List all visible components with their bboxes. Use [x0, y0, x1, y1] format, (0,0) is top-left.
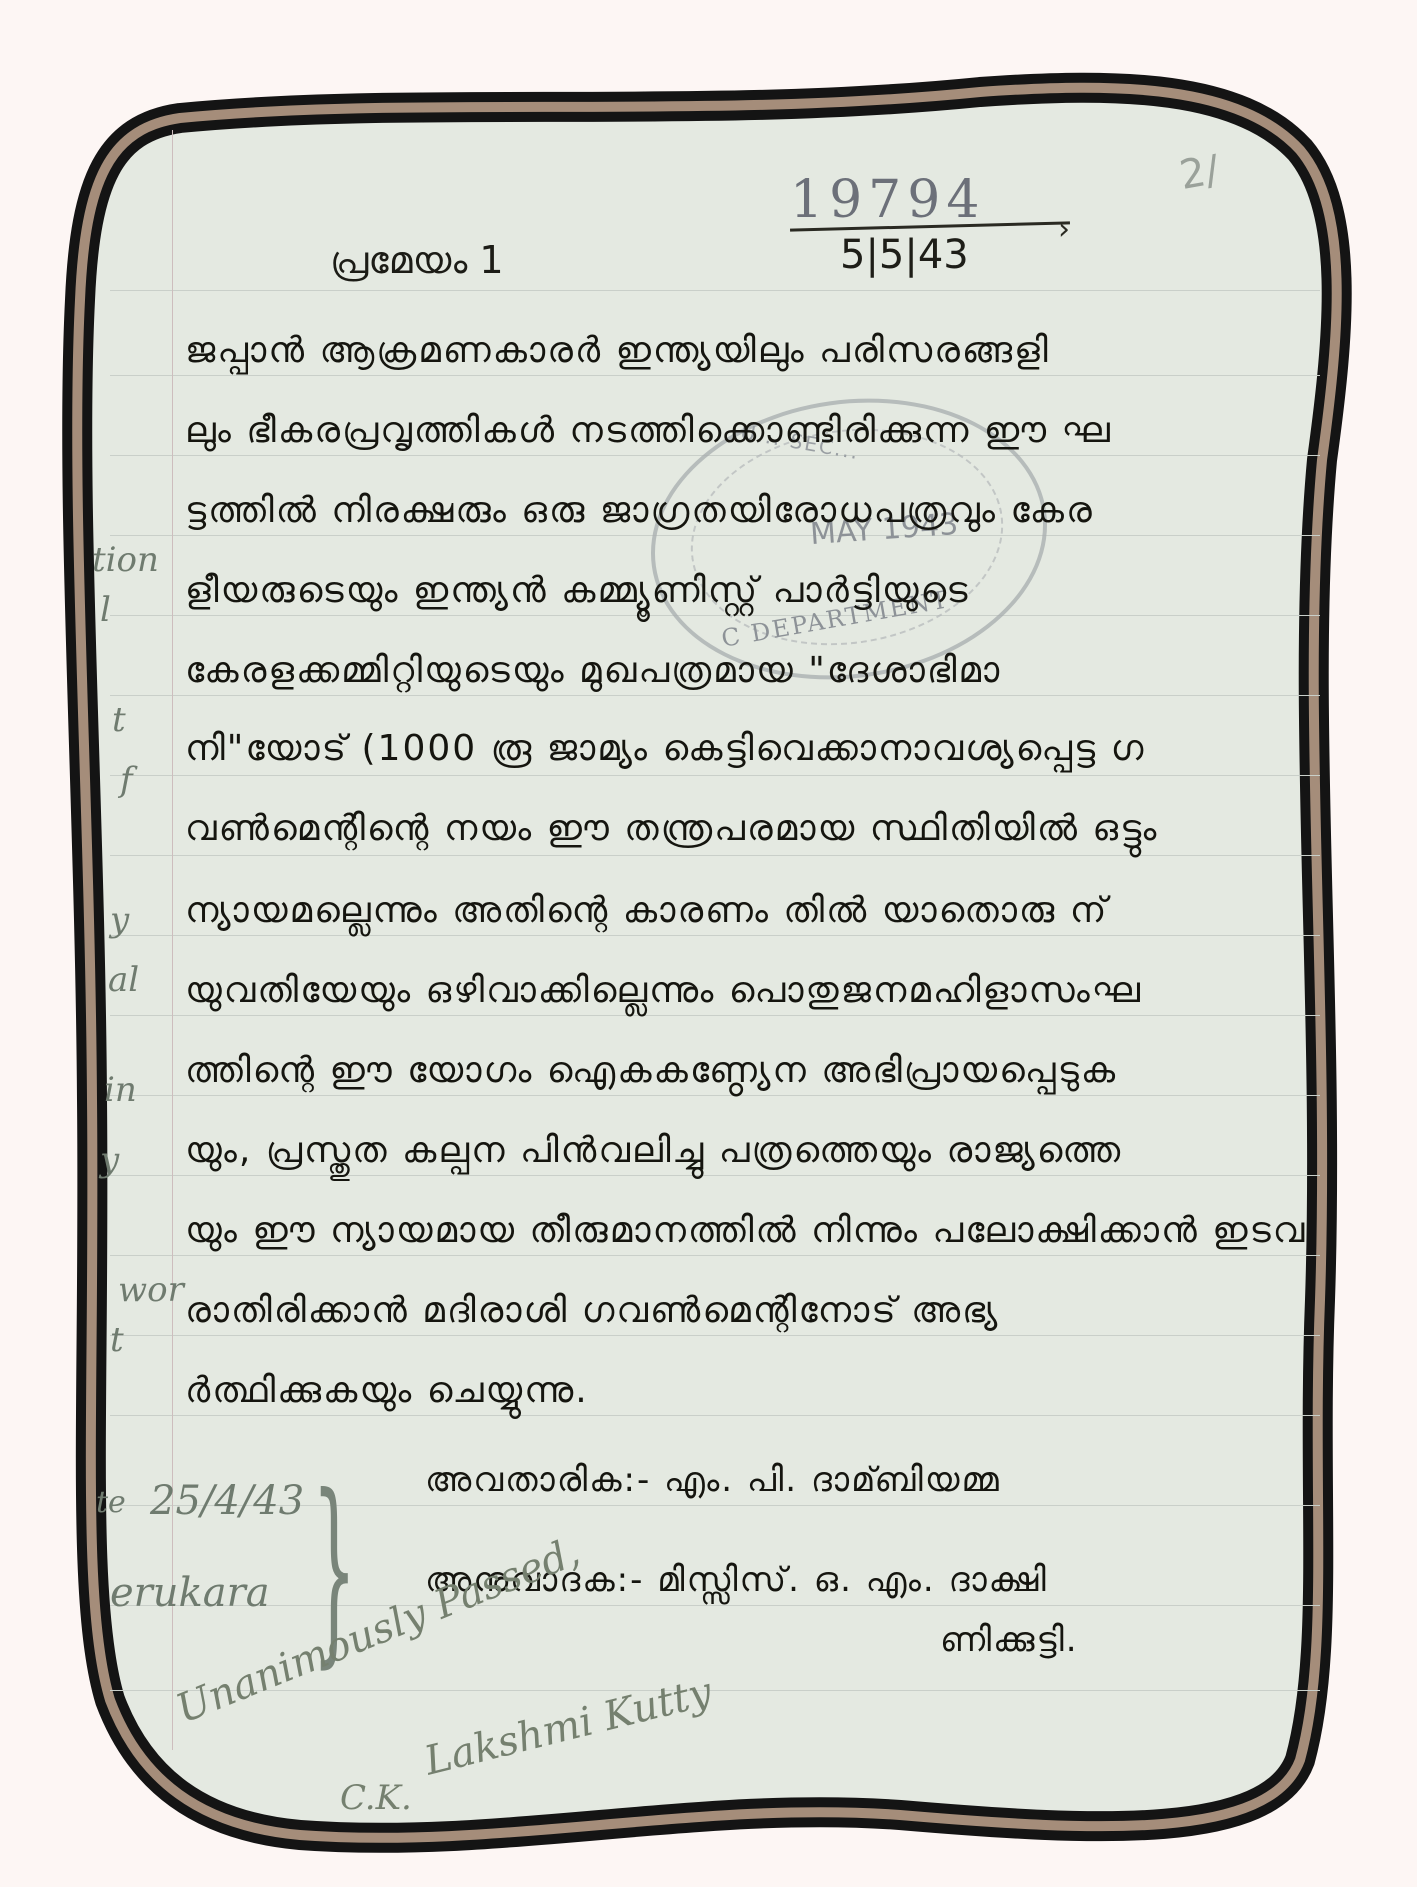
corner-mark: 2/ [1176, 147, 1222, 199]
received-date: 5|5|43 [840, 232, 969, 278]
body-line: ളീയരുടെയും ഇന്ത്യൻ കമ്മ്യൂണിസ്റ്റ് പാർട്… [185, 570, 969, 612]
ruled-line [110, 290, 1320, 291]
margin-fragment: t [112, 700, 126, 740]
body-line: ർത്ഥിക്കുകയും ചെയ്യുന്നു. [185, 1370, 589, 1412]
resolution-note: Unanimously Passed, [170, 1529, 586, 1733]
margin-fragment: l [100, 590, 111, 630]
margin-fragment: in [104, 1070, 137, 1110]
ruled-line [110, 775, 1320, 776]
margin-fragment: t [110, 1320, 124, 1360]
ruled-line [110, 1255, 1320, 1256]
body-line: ത്തിന്റെ ഈ യോഗം ഐകകണ്ഠ്യേന അഭിപ്രായപ്പെട… [185, 1050, 1117, 1092]
body-line: കേരളക്കമ്മിറ്റിയുടെയും മുഖപത്രമായ "ദേശാഭ… [185, 650, 1001, 692]
ruled-line [110, 695, 1320, 696]
document-title: പ്രമേയം 1 [330, 238, 504, 283]
margin-fragment: al [108, 960, 139, 1000]
body-line: രാതിരിക്കാൻ മദിരാശി ഗവൺമെന്റിനോട് അഭ്യ [185, 1290, 999, 1332]
body-line: യും ഈ ന്യായമായ തീരുമാനത്തിൽ നിന്നും പലോക… [185, 1210, 1306, 1252]
body-line: ന്യായമല്ലെന്നും അതിന്റെ കാരണം തിൽ യാതൊരു… [185, 890, 1108, 932]
date-label: te [96, 1485, 126, 1520]
body-line: ജപ്പാൻ ആക്രമണകാരർ ഇന്ത്യയിലും പരിസരങ്ങളി [185, 330, 1050, 372]
margin-fragment: wor [118, 1270, 184, 1310]
ruled-line [110, 1095, 1320, 1096]
body-line: ട്ടത്തിൽ നിരക്ഷരും ഒരു ജാഗ്രതയിരോധപത്രവു… [185, 490, 1094, 532]
body-line: വൺമെന്റിന്റെ നയം ഈ തന്ത്രപരമായ സ്ഥിതിയിൽ… [185, 808, 1158, 850]
presenter-signature: അവതാരിക:- എം. പി. ദാമ്ബിയമ്മ [425, 1460, 1001, 1500]
margin-fragment: f [120, 760, 133, 800]
ruled-line [110, 1415, 1320, 1416]
margin-fragment: tion [92, 540, 159, 580]
signed-prefix: C.K. [340, 1778, 412, 1818]
file-number: 19794 [790, 170, 985, 230]
margin-fragment: y [110, 900, 129, 940]
ruled-line [110, 1175, 1320, 1176]
ruled-line [110, 375, 1320, 376]
meeting-place: erukara [110, 1570, 270, 1616]
ruled-line [110, 855, 1320, 856]
body-line: നി"യോട് (1000 രൂ ജാമ്യം കെട്ടിവെക്കാനാവശ… [185, 728, 1145, 770]
document-page: 19794 › 5|5|43 2/ പ്രമേയം 1 U... SEC... … [0, 0, 1417, 1887]
body-line: യും, പ്രസ്തുത കല്പന പിൻവലിച്ചു പത്രത്തെയ… [185, 1130, 1122, 1172]
ruled-line [110, 1605, 1320, 1606]
ruled-line [110, 1335, 1320, 1336]
ruled-line [110, 1015, 1320, 1016]
meeting-date: 25/4/43 [150, 1478, 304, 1524]
margin-fragment: y [100, 1140, 119, 1180]
secretary-signature: Lakshmi Kutty [420, 1669, 716, 1785]
seconder-signature-cont: ണിക്കുട്ടി. [940, 1620, 1079, 1660]
arrow-icon: › [1058, 212, 1070, 247]
body-line: യുവതിയേയും ഒഴിവാക്കില്ലെന്നും പൊതുജനമഹിള… [185, 970, 1142, 1012]
body-line: ലും ഭീകരപ്രവൃത്തികൾ നടത്തിക്കൊണ്ടിരിക്കു… [185, 410, 1112, 452]
ruled-line [110, 935, 1320, 936]
